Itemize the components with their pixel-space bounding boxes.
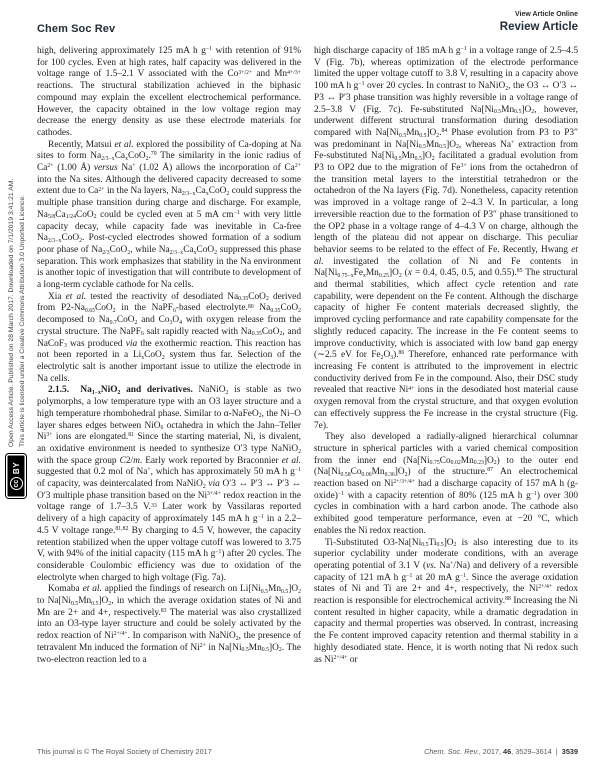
citation-page-number: Chem. Soc. Rev., 2017, 46, 3529–3614 | 3… <box>424 747 578 756</box>
right-column: high discharge capacity of 185 mA h g−1 … <box>314 46 578 740</box>
page-footer: This journal is © The Royal Society of C… <box>37 747 578 756</box>
license-strip: Open Access Article. Published on 28 Mar… <box>7 179 28 447</box>
left-column: high, delivering approximately 125 mA h … <box>37 46 301 740</box>
paragraph: Recently, Matsui et al. explored the pos… <box>37 140 301 292</box>
paragraph: high, delivering approximately 125 mA h … <box>37 46 301 140</box>
paragraph-section-2-1-5: 2.1.5. Na1−xNiO2 and derivatives. NaNiO2… <box>37 385 301 584</box>
article-body: high, delivering approximately 125 mA h … <box>37 46 578 740</box>
open-access-note: Open Access Article. Published on 28 Mar… <box>7 179 18 447</box>
paragraph: They also developed a radially-aligned h… <box>314 432 578 537</box>
article-type-label: Review Article <box>500 21 578 33</box>
license-note: This article is licensed under a Creativ… <box>18 179 29 447</box>
paragraph: Komaba et al. applied the findings of re… <box>37 584 301 666</box>
copyright-note: This journal is © The Royal Society of C… <box>37 747 212 756</box>
cc-icon: cc <box>10 477 23 490</box>
paragraph: Xia et al. tested the reactivity of deso… <box>37 292 301 386</box>
cc-by-badge[interactable]: cc BY <box>6 454 26 498</box>
paper-page: Chem Soc Rev View Article Online Review … <box>0 0 595 780</box>
cc-by-label: BY <box>12 462 21 474</box>
paragraph: Ti-Substituted O3-Na[Ni0.5Ti0.5]O2 is al… <box>314 538 578 667</box>
view-article-online-link[interactable]: View Article Online <box>515 11 578 18</box>
journal-title: Chem Soc Rev <box>37 23 115 35</box>
paragraph: high discharge capacity of 185 mA h g−1 … <box>314 46 578 432</box>
